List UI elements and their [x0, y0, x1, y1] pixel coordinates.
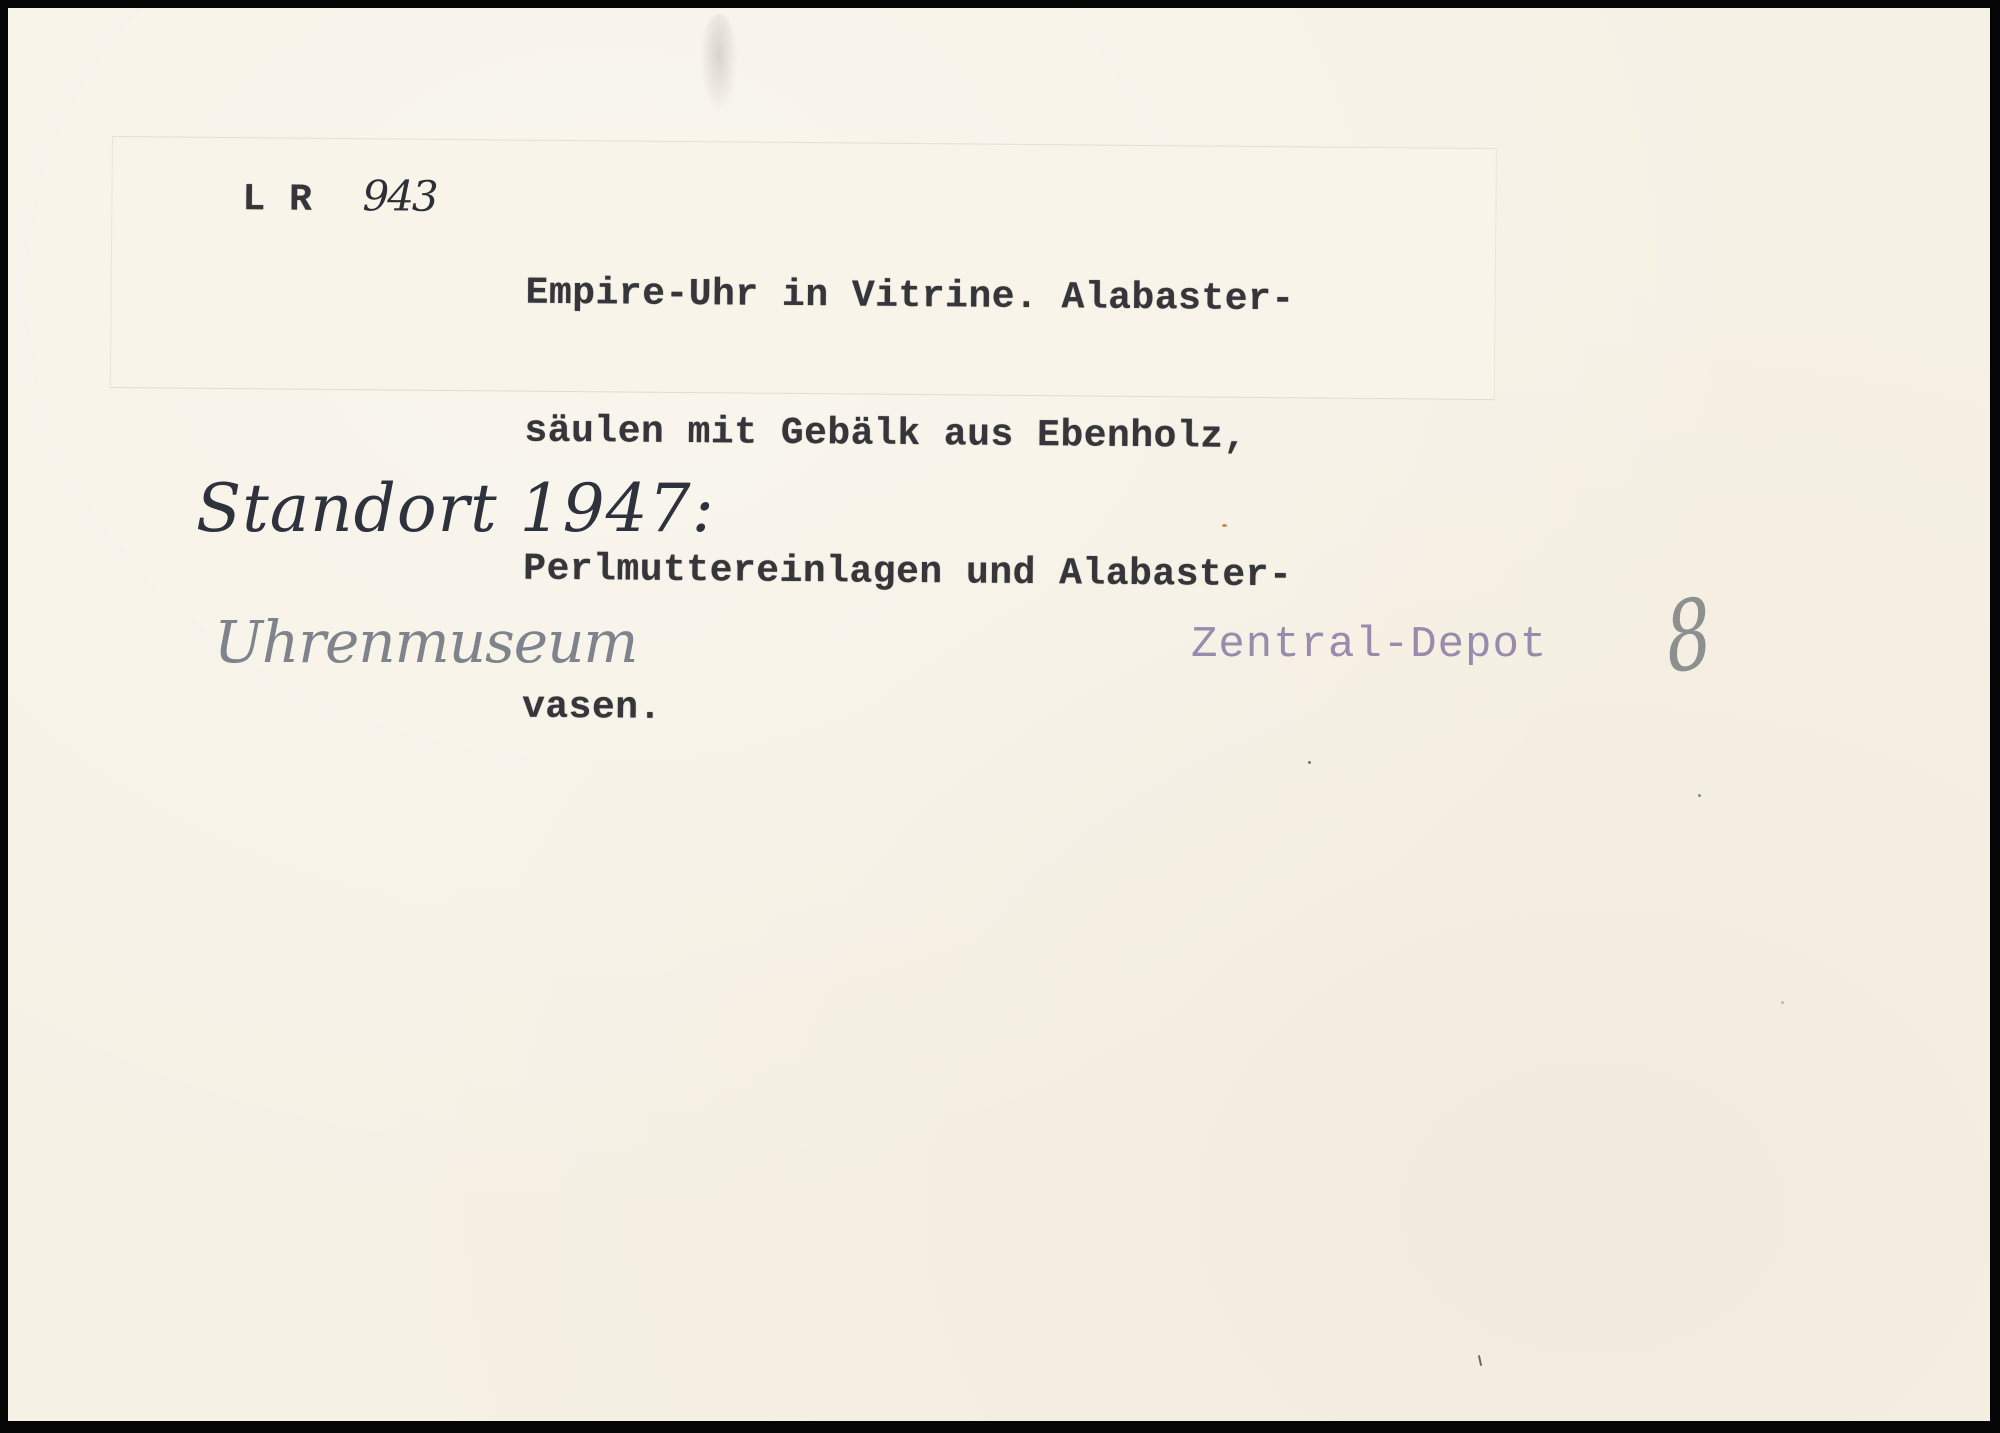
paper-speck — [1222, 524, 1227, 527]
smudge-mark — [700, 14, 738, 114]
archive-card: L R 943 Empire-Uhr in Vitrine. Alabaster… — [8, 8, 1990, 1421]
paper-speck — [1781, 1001, 1784, 1004]
description-line: Empire-Uhr in Vitrine. Alabaster- — [525, 271, 1294, 324]
location-value: Uhrenmuseum — [214, 608, 637, 676]
paper-speck — [1698, 794, 1701, 797]
description-line: Perlmuttereinlagen und Alabaster- — [523, 547, 1292, 600]
inventory-prefix: L R — [242, 178, 312, 222]
description-line: vasen. — [522, 685, 1291, 738]
depot-stamp: Zentral-Depot — [1191, 620, 1547, 670]
location-heading: Standort 1947: — [196, 470, 715, 547]
inventory-number: 943 — [362, 171, 437, 221]
paper-speck — [1308, 761, 1311, 764]
paper-speck — [1478, 1355, 1482, 1366]
description-line: säulen mit Gebälk aus Ebenholz, — [524, 409, 1293, 462]
typed-label-slip: L R 943 Empire-Uhr in Vitrine. Alabaster… — [110, 136, 1497, 400]
handwritten-number-mark: 8 — [1660, 576, 1717, 695]
